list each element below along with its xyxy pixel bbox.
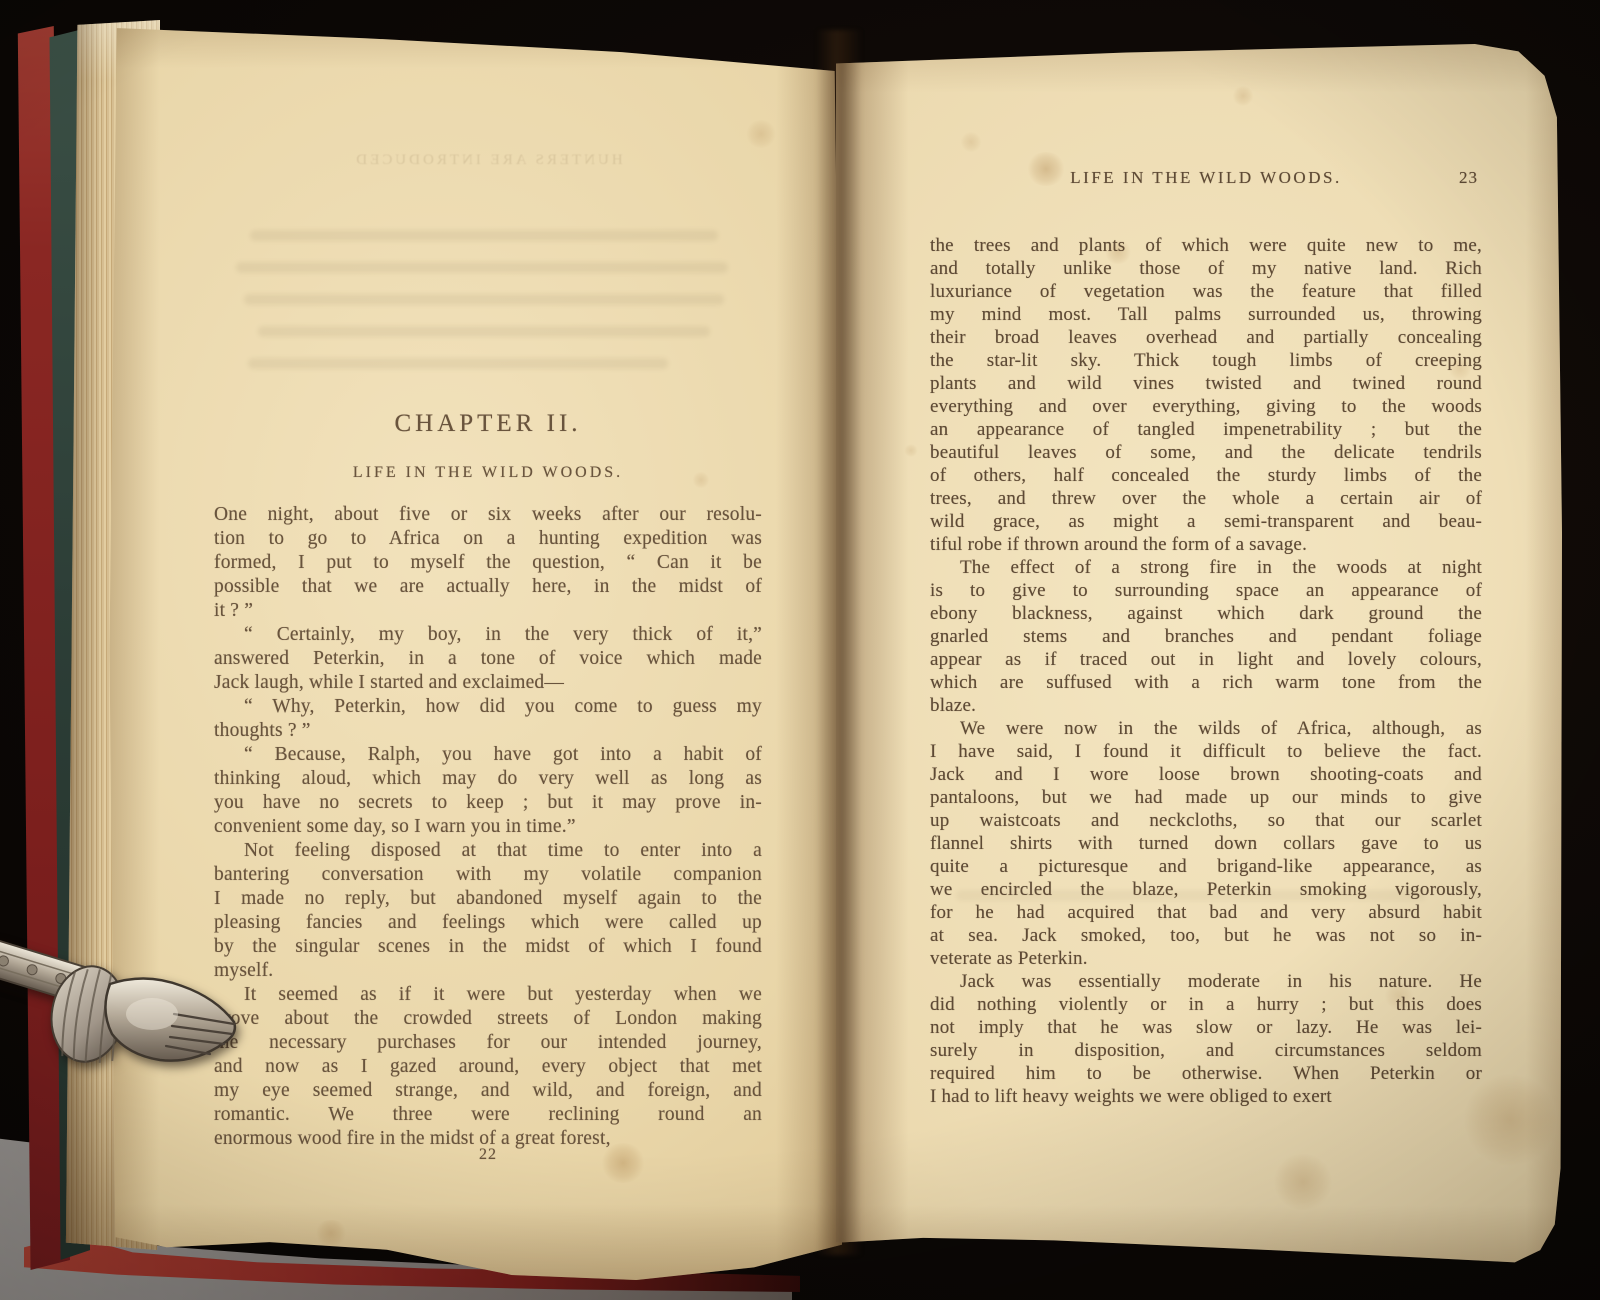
text-line: answered Peterkin, in a tone of voice wh…: [214, 647, 762, 671]
text-line: flannel shirts with turned down collars …: [930, 832, 1482, 855]
text-line: formed, I put to myself the question, “ …: [214, 551, 762, 575]
text-line: luxuriance of vegetation was the feature…: [930, 280, 1482, 303]
text-line: surely in disposition, and circumstances…: [930, 1039, 1482, 1062]
text-line: I had to lift heavy weights we were obli…: [930, 1085, 1482, 1108]
text-line: not imply that he was slow or lazy. He w…: [930, 1016, 1482, 1039]
text-line: tiful robe if thrown around the form of …: [930, 533, 1482, 556]
text-line: The effect of a strong fire in the woods…: [930, 556, 1482, 579]
ghost-line: [248, 358, 668, 369]
text-line: Jack was essentially moderate in his nat…: [930, 970, 1482, 993]
chapter-subtitle: LIFE IN THE WILD WOODS.: [214, 464, 762, 482]
bookmark-hand: [105, 978, 234, 1060]
text-line: Jack laugh, while I started and exclaime…: [214, 671, 762, 695]
text-line: thoughts ? ”: [214, 719, 762, 743]
left-page-body: One night, about five or six weeks after…: [214, 503, 762, 1151]
paragraph: We were now in the wilds of Africa, alth…: [930, 717, 1482, 970]
text-line: bantering conversation with my volatile …: [214, 863, 762, 887]
text-line: is to give to surrounding space an appea…: [930, 579, 1482, 602]
paragraph: It seemed as if it were but yesterday wh…: [214, 983, 762, 1151]
text-line: gnarled stems and branches and pendant f…: [930, 625, 1482, 648]
text-line: romantic. We three were reclining round …: [214, 1103, 762, 1127]
text-line: my eye seemed strange, and wild, and for…: [214, 1079, 762, 1103]
text-line: up waistcoats and neckcloths, so that ou…: [930, 809, 1482, 832]
text-line: the star-lit sky. Thick tough limbs of c…: [930, 349, 1482, 372]
text-line: at sea. Jack smoked, too, but he was not…: [930, 924, 1482, 947]
text-line: which are suffused with a rich warm tone…: [930, 671, 1482, 694]
text-line: myself.: [214, 959, 762, 983]
right-page-body: the trees and plants of which were quite…: [930, 234, 1482, 1108]
text-line: for he had acquired that bad and very ab…: [930, 901, 1482, 924]
text-line: blaze.: [930, 694, 1482, 717]
text-line: One night, about five or six weeks after…: [214, 503, 762, 527]
text-line: Jack and I wore loose brown shooting-coa…: [930, 763, 1482, 786]
text-line: trees, and threw over the whole a certai…: [930, 487, 1482, 510]
text-line: everything and over everything, giving t…: [930, 395, 1482, 418]
paragraph: “ Certainly, my boy, in the very thick o…: [214, 623, 762, 695]
text-line: did nothing violently or in a hurry ; bu…: [930, 993, 1482, 1016]
ghost-show-through-header: HUNTERS ARE INTRODUCED: [214, 152, 762, 169]
text-line: “ Why, Peterkin, how did you come to gue…: [214, 695, 762, 719]
paragraph: Jack was essentially moderate in his nat…: [930, 970, 1482, 1108]
stain: [960, 132, 982, 152]
paragraph: Not feeling disposed at that time to ent…: [214, 839, 762, 983]
text-line: required him to be otherwise. When Peter…: [930, 1062, 1482, 1085]
text-line: it ? ”: [214, 599, 762, 623]
text-line: “ Certainly, my boy, in the very thick o…: [214, 623, 762, 647]
text-line: pleasing fancies and feelings which were…: [214, 911, 762, 935]
paragraph: One night, about five or six weeks after…: [214, 503, 762, 623]
running-header-text: LIFE IN THE WILD WOODS.: [1070, 168, 1341, 187]
stain: [314, 1220, 348, 1246]
text-line: drove about the crowded streets of Londo…: [214, 1007, 762, 1031]
right-page: LIFE IN THE WILD WOODS. 23 the trees and…: [836, 44, 1562, 1266]
ghost-line: [244, 294, 724, 305]
text-line: their broad leaves overhead and partiall…: [930, 326, 1482, 349]
text-line: and now as I gazed around, every object …: [214, 1055, 762, 1079]
text-line: “ Because, Ralph, you have got into a ha…: [214, 743, 762, 767]
ghost-line: [236, 262, 728, 273]
text-line: the trees and plants of which were quite…: [930, 234, 1482, 257]
text-line: It seemed as if it were but yesterday wh…: [214, 983, 762, 1007]
stain: [1232, 86, 1254, 106]
running-header: LIFE IN THE WILD WOODS. 23: [930, 168, 1482, 188]
paragraph: “ Why, Peterkin, how did you come to gue…: [214, 695, 762, 743]
text-line: convenient some day, so I warn you in ti…: [214, 815, 762, 839]
text-line: my mind most. Tall palms surrounded us, …: [930, 303, 1482, 326]
text-line: we encircled the blaze, Peterkin smoking…: [930, 878, 1482, 901]
text-line: tion to go to Africa on a hunting expedi…: [214, 527, 762, 551]
text-line: plants and wild vines twisted and twined…: [930, 372, 1482, 395]
paragraph: the trees and plants of which were quite…: [930, 234, 1482, 556]
ghost-line: [258, 326, 710, 337]
text-line: beautiful leaves of some, and the delica…: [930, 441, 1482, 464]
text-line: Not feeling disposed at that time to ent…: [214, 839, 762, 863]
text-line: by the singular scenes in the midst of w…: [214, 935, 762, 959]
text-line: We were now in the wilds of Africa, alth…: [930, 717, 1482, 740]
text-line: of others, half concealed the sturdy lim…: [930, 464, 1482, 487]
text-line: and totally unlike those of my native la…: [930, 257, 1482, 280]
text-line: appear as if traced out in light and lov…: [930, 648, 1482, 671]
text-line: the necessary purchases for our intended…: [214, 1031, 762, 1055]
text-line: possible that we are actually here, in t…: [214, 575, 762, 599]
text-line: wild grace, as might a semi-transparent …: [930, 510, 1482, 533]
text-line: you have no secrets to keep ; but it may…: [214, 791, 762, 815]
chapter-heading: CHAPTER II.: [214, 410, 762, 438]
text-line: I made no reply, but abandoned myself ag…: [214, 887, 762, 911]
hand-bookmark-clip: [0, 922, 248, 1098]
open-book-photo: HUNTERS ARE INTRODUCED CHAPTER II. LIFE …: [0, 0, 1600, 1300]
paragraph: “ Because, Ralph, you have got into a ha…: [214, 743, 762, 839]
stain: [1272, 1154, 1334, 1210]
text-line: veterate as Peterkin.: [930, 947, 1482, 970]
text-line: an appearance of tangled impenetrability…: [930, 418, 1482, 441]
stain: [745, 120, 777, 148]
text-line: quite a picturesque and brigand-like app…: [930, 855, 1482, 878]
text-line: thinking aloud, which may do very well a…: [214, 767, 762, 791]
text-line: I have said, I found it difficult to bel…: [930, 740, 1482, 763]
paragraph: The effect of a strong fire in the woods…: [930, 556, 1482, 717]
text-line: ebony blackness, against which dark grou…: [930, 602, 1482, 625]
ghost-line: [250, 230, 718, 241]
page-number-right: 23: [1459, 168, 1478, 188]
stain: [904, 444, 918, 457]
text-line: pantaloons, but we had made up our minds…: [930, 786, 1482, 809]
page-number-left: 22: [214, 1146, 762, 1164]
